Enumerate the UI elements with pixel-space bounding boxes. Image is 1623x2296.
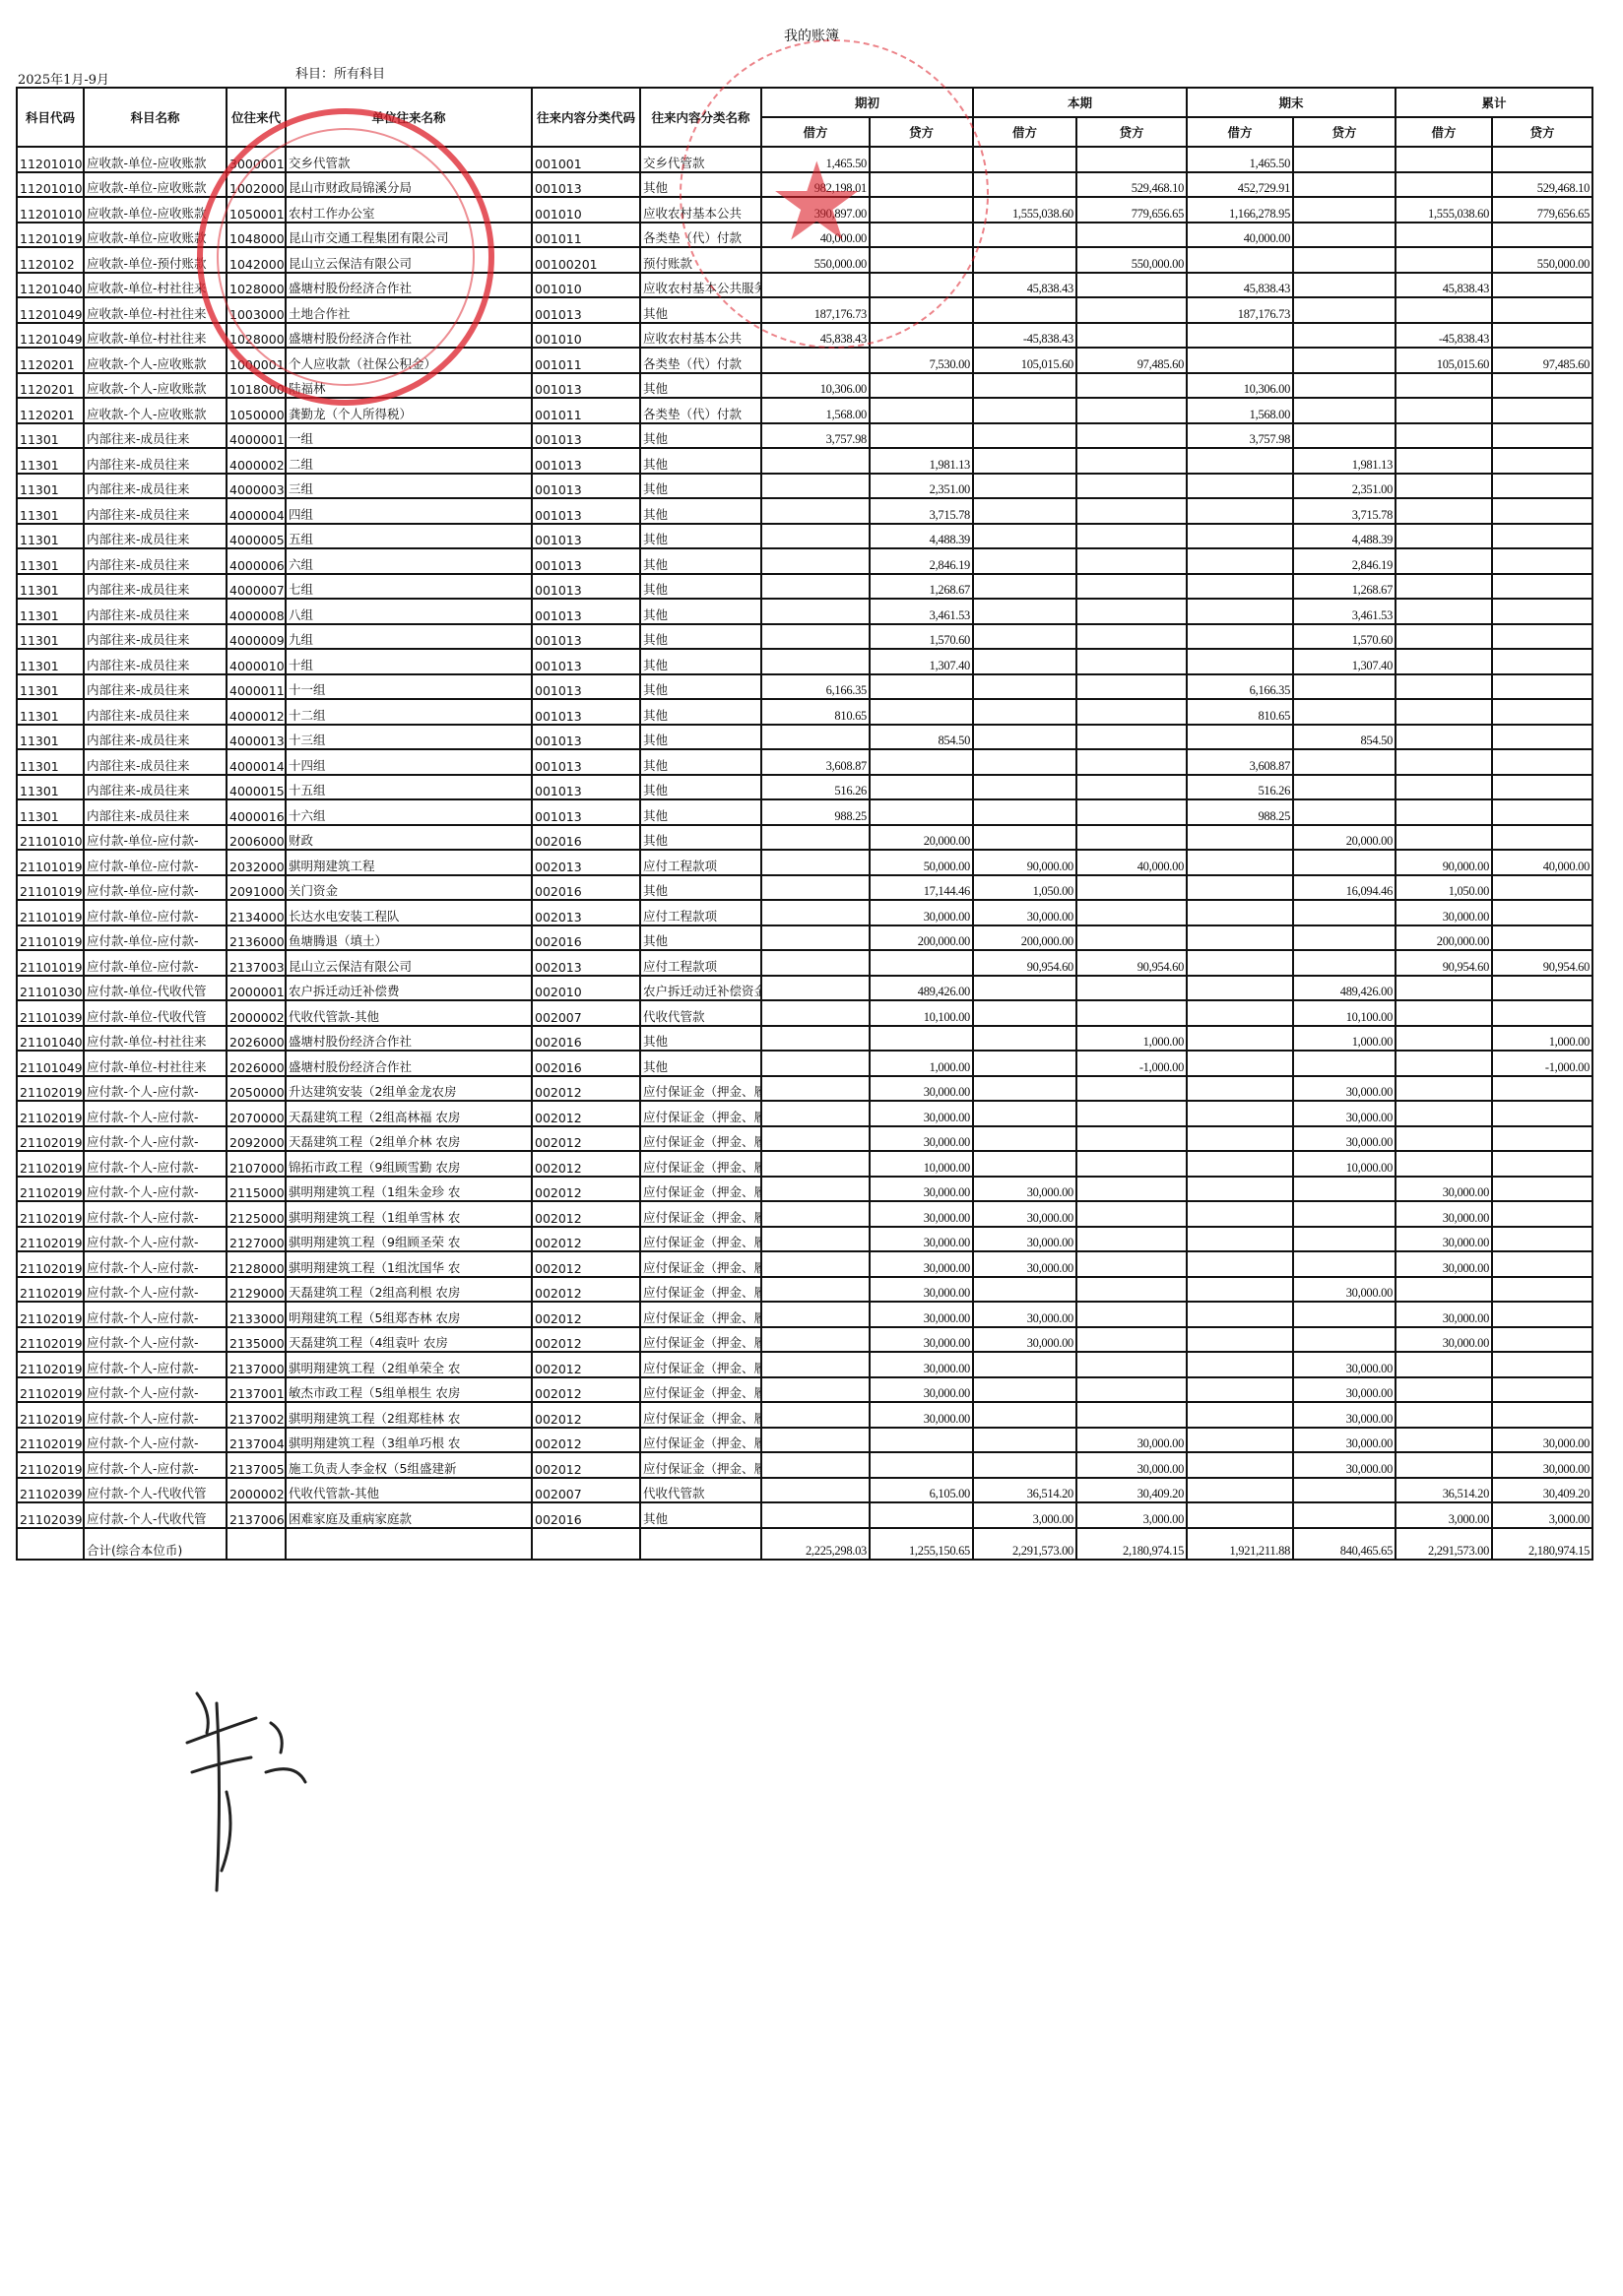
cell-subject-name: 应付款-个人-应付款- (84, 1101, 227, 1126)
cell-opening-debit (761, 1327, 870, 1353)
cell-current-debit (973, 825, 1076, 851)
cell-opening-debit (761, 1478, 870, 1503)
cell-subject-code: 11301 (17, 548, 84, 574)
cell-opening-debit (761, 925, 870, 951)
cell-content-name: 应付保证金（押金、履约金）等 (640, 1126, 761, 1152)
cell-opening-credit (870, 699, 973, 725)
header-debit: 借方 (973, 117, 1076, 147)
cell-subject-name: 内部往来-成员往来 (84, 474, 227, 499)
cell-content-name: 应付保证金（押金、履约金）等 (640, 1227, 761, 1252)
cell-current-credit (1076, 373, 1187, 399)
cell-unit-code: 1018000 (227, 373, 286, 399)
cell-subject-code: 11201010 (17, 147, 84, 172)
cell-content-name: 其他 (640, 448, 761, 474)
cell-opening-credit (870, 247, 973, 273)
cell-unit-code: 2070000 (227, 1101, 286, 1126)
cell-cumulative-credit: 90,954.60 (1492, 950, 1592, 976)
total-empty (286, 1528, 532, 1560)
cell-content-name: 其他 (640, 649, 761, 674)
cell-subject-code: 1120201 (17, 398, 84, 423)
cell-subject-name: 应付款-个人-应付款- (84, 1302, 227, 1327)
cell-subject-name: 应付款-单位-应付款- (84, 900, 227, 925)
table-row: 11301内部往来-成员往来4000001一组001013其他3,757.983… (17, 423, 1592, 449)
cell-current-credit (1076, 223, 1187, 248)
total-current-credit: 2,180,974.15 (1076, 1528, 1187, 1560)
cell-closing-credit: 30,000.00 (1293, 1101, 1396, 1126)
cell-unit-name: 代收代管款-其他 (286, 1478, 532, 1503)
cell-content-name: 其他 (640, 1502, 761, 1528)
cell-unit-name: 代收代管款-其他 (286, 1000, 532, 1026)
cell-opening-credit: 30,000.00 (870, 1352, 973, 1377)
header-credit: 贷方 (870, 117, 973, 147)
cell-unit-name: 明翔建筑工程（5组郑杏林 农房 (286, 1302, 532, 1327)
cell-subject-name: 应付款-单位-村社往来 (84, 1051, 227, 1076)
cell-current-debit: -45,838.43 (973, 323, 1076, 349)
cell-closing-credit (1293, 1201, 1396, 1227)
cell-content-name: 应付保证金（押金、履约金）等 (640, 1177, 761, 1202)
total-current-debit: 2,291,573.00 (973, 1528, 1076, 1560)
cell-content-name: 应收农村基本公共 (640, 197, 761, 223)
cell-current-debit (973, 1402, 1076, 1428)
cell-unit-code: 4000015 (227, 775, 286, 800)
cell-unit-name: 三组 (286, 474, 532, 499)
cell-closing-credit (1293, 223, 1396, 248)
cell-cumulative-debit (1396, 799, 1492, 825)
cell-opening-credit (870, 398, 973, 423)
cell-cumulative-debit (1396, 1277, 1492, 1303)
cell-cumulative-credit: 30,409.20 (1492, 1478, 1592, 1503)
cell-subject-name: 应付款-个人-应付款- (84, 1327, 227, 1353)
cell-content-code: 002012 (532, 1126, 640, 1152)
total-empty (640, 1528, 761, 1560)
cell-current-credit (1076, 699, 1187, 725)
cell-unit-code: 2137003 (227, 950, 286, 976)
cell-current-credit (1076, 1277, 1187, 1303)
cell-closing-debit: 3,608.87 (1187, 749, 1293, 775)
cell-current-debit (973, 1026, 1076, 1052)
cell-subject-name: 应付款-单位-应付款- (84, 925, 227, 951)
cell-opening-credit: 30,000.00 (870, 900, 973, 925)
cell-cumulative-credit (1492, 574, 1592, 600)
cell-opening-credit (870, 172, 973, 198)
cell-cumulative-credit (1492, 925, 1592, 951)
cell-opening-debit (761, 1151, 870, 1177)
cell-closing-credit: 2,846.19 (1293, 548, 1396, 574)
cell-subject-name: 应付款-个人-应付款- (84, 1151, 227, 1177)
cell-subject-code: 11301 (17, 448, 84, 474)
table-row: 11301内部往来-成员往来4000003三组001013其他2,351.002… (17, 474, 1592, 499)
cell-content-name: 其他 (640, 1026, 761, 1052)
cell-subject-name: 应付款-个人-应付款- (84, 1352, 227, 1377)
cell-unit-name: 天磊建筑工程（2组单介林 农房 (286, 1126, 532, 1152)
cell-cumulative-credit (1492, 398, 1592, 423)
table-row: 1120201应收款-个人-应收账款1000001个人应收款（社保公积金）001… (17, 348, 1592, 373)
cell-unit-name: 陆福林 (286, 373, 532, 399)
cell-cumulative-credit (1492, 297, 1592, 323)
cell-closing-debit (1187, 348, 1293, 373)
table-row: 11201049应收款-单位-村社往来1028000盛塘村股份经济合作社0010… (17, 323, 1592, 349)
cell-closing-debit: 45,838.43 (1187, 273, 1293, 298)
cell-current-credit (1076, 925, 1187, 951)
table-row: 11301内部往来-成员往来4000016十六组001013其他988.2598… (17, 799, 1592, 825)
cell-content-name: 其他 (640, 875, 761, 901)
cell-closing-credit (1293, 1051, 1396, 1076)
cell-content-code: 001013 (532, 448, 640, 474)
header-opening: 期初 (761, 88, 973, 117)
cell-content-code: 001010 (532, 273, 640, 298)
cell-closing-debit (1187, 1377, 1293, 1403)
cell-subject-code: 21102019 (17, 1126, 84, 1152)
total-closing-debit: 1,921,211.88 (1187, 1528, 1293, 1560)
table-row: 11301内部往来-成员往来4000008八组001013其他3,461.533… (17, 599, 1592, 624)
cell-content-code: 002012 (532, 1352, 640, 1377)
table-row: 21102019应付款-个人-应付款-2128000骐明翔建筑工程（1组沈国华 … (17, 1251, 1592, 1277)
cell-cumulative-debit (1396, 423, 1492, 449)
table-row: 21101049应付款-单位-村社往来2026000盛塘村股份经济合作社0020… (17, 1051, 1592, 1076)
cell-content-code: 001013 (532, 775, 640, 800)
cell-closing-credit: 30,000.00 (1293, 1377, 1396, 1403)
cell-cumulative-credit (1492, 1327, 1592, 1353)
cell-cumulative-credit (1492, 599, 1592, 624)
table-row: 21102019应付款-个人-应付款-2070000天磊建筑工程（2组高林福 农… (17, 1101, 1592, 1126)
cell-subject-name: 应付款-个人-应付款- (84, 1402, 227, 1428)
header-subject-name: 科目名称 (84, 88, 227, 147)
cell-opening-debit (761, 1101, 870, 1126)
cell-cumulative-credit (1492, 825, 1592, 851)
header-subject-code: 科目代码 (17, 88, 84, 147)
cell-current-credit (1076, 1000, 1187, 1026)
cell-current-debit (973, 448, 1076, 474)
cell-cumulative-debit: 90,000.00 (1396, 850, 1492, 875)
cell-subject-name: 应付款-单位-应付款- (84, 825, 227, 851)
cell-unit-code: 4000004 (227, 498, 286, 524)
cell-subject-name: 应付款-个人-代收代管 (84, 1478, 227, 1503)
cell-opening-debit: 187,176.73 (761, 297, 870, 323)
cell-subject-code: 21102019 (17, 1277, 84, 1303)
cell-opening-debit: 1,568.00 (761, 398, 870, 423)
cell-cumulative-debit: 45,838.43 (1396, 273, 1492, 298)
cell-opening-debit (761, 1428, 870, 1453)
cell-unit-code: 4000005 (227, 524, 286, 549)
cell-closing-debit (1187, 1502, 1293, 1528)
cell-cumulative-credit (1492, 147, 1592, 172)
cell-opening-credit (870, 273, 973, 298)
cell-unit-code: 2050000 (227, 1076, 286, 1102)
cell-unit-name: 升达建筑安装（2组单金龙农房 (286, 1076, 532, 1102)
cell-opening-debit (761, 1502, 870, 1528)
cell-cumulative-debit (1396, 247, 1492, 273)
cell-unit-code: 1000001 (227, 348, 286, 373)
cell-current-debit (973, 524, 1076, 549)
cell-current-credit: 1,000.00 (1076, 1026, 1187, 1052)
cell-closing-debit: 452,729.91 (1187, 172, 1293, 198)
cell-current-debit: 200,000.00 (973, 925, 1076, 951)
cell-opening-credit (870, 749, 973, 775)
cell-closing-debit (1187, 624, 1293, 650)
cell-subject-code: 11201040 (17, 273, 84, 298)
cell-content-name: 应付保证金（押金、履约金）等 (640, 1151, 761, 1177)
cell-current-debit (973, 498, 1076, 524)
cell-opening-debit: 390,897.00 (761, 197, 870, 223)
cell-unit-name: 五组 (286, 524, 532, 549)
table-row: 21102019应付款-个人-应付款-2135000天磊建筑工程（4组袁叶 农房… (17, 1327, 1592, 1353)
cell-opening-credit: 17,144.46 (870, 875, 973, 901)
cell-content-name: 其他 (640, 548, 761, 574)
total-empty (227, 1528, 286, 1560)
cell-subject-name: 应付款-单位-代收代管 (84, 976, 227, 1001)
cell-subject-code: 21101019 (17, 900, 84, 925)
cell-current-credit (1076, 423, 1187, 449)
cell-subject-code: 21101019 (17, 925, 84, 951)
cell-content-name: 应付保证金（押金、履约金）等 (640, 1076, 761, 1102)
cell-current-debit (973, 599, 1076, 624)
cell-subject-name: 应付款-个人-应付款- (84, 1251, 227, 1277)
cell-current-credit (1076, 749, 1187, 775)
cell-unit-name: 敏杰市政工程（5组单根生 农房 (286, 1377, 532, 1403)
cell-subject-name: 应付款-个人-应付款- (84, 1452, 227, 1478)
cell-opening-credit (870, 373, 973, 399)
cell-current-debit (973, 1352, 1076, 1377)
cell-closing-credit: 30,000.00 (1293, 1402, 1396, 1428)
cell-opening-debit: 3,757.98 (761, 423, 870, 449)
cell-subject-name: 应付款-个人-应付款- (84, 1126, 227, 1152)
cell-cumulative-debit (1396, 1101, 1492, 1126)
table-row: 11301内部往来-成员往来4000006六组001013其他2,846.192… (17, 548, 1592, 574)
cell-subject-name: 内部往来-成员往来 (84, 548, 227, 574)
cell-cumulative-credit: 30,000.00 (1492, 1428, 1592, 1453)
cell-cumulative-credit: 30,000.00 (1492, 1452, 1592, 1478)
cell-closing-credit: 1,000.00 (1293, 1026, 1396, 1052)
cell-cumulative-credit (1492, 900, 1592, 925)
cell-unit-name: 骐明翔建筑工程（9组顾圣荣 农 (286, 1227, 532, 1252)
cell-cumulative-debit (1396, 474, 1492, 499)
cell-closing-credit (1293, 1502, 1396, 1528)
cell-current-credit (1076, 599, 1187, 624)
cell-current-credit (1076, 448, 1187, 474)
cell-unit-code: 1002000 (227, 172, 286, 198)
cell-opening-debit (761, 850, 870, 875)
cell-current-debit: 30,000.00 (973, 1302, 1076, 1327)
table-row: 11301内部往来-成员往来4000005五组001013其他4,488.394… (17, 524, 1592, 549)
cell-unit-name: 四组 (286, 498, 532, 524)
cell-cumulative-debit: 1,050.00 (1396, 875, 1492, 901)
cell-closing-credit: 3,461.53 (1293, 599, 1396, 624)
cell-content-name: 农户拆迁动迁补偿资金 (640, 976, 761, 1001)
cell-subject-name: 应收款-单位-应收账款 (84, 147, 227, 172)
table-row: 11301内部往来-成员往来4000004四组001013其他3,715.783… (17, 498, 1592, 524)
cell-cumulative-credit (1492, 223, 1592, 248)
cell-subject-code: 11301 (17, 749, 84, 775)
cell-cumulative-credit: 97,485.60 (1492, 348, 1592, 373)
cell-unit-code: 4000009 (227, 624, 286, 650)
cell-opening-debit (761, 448, 870, 474)
cell-current-credit (1076, 1101, 1187, 1126)
cell-cumulative-debit (1396, 1076, 1492, 1102)
cell-cumulative-debit: 30,000.00 (1396, 1177, 1492, 1202)
cell-current-credit (1076, 498, 1187, 524)
cell-current-credit: 40,000.00 (1076, 850, 1187, 875)
cell-current-credit (1076, 775, 1187, 800)
cell-cumulative-credit: 779,656.65 (1492, 197, 1592, 223)
cell-opening-credit (870, 1452, 973, 1478)
cell-closing-debit (1187, 323, 1293, 349)
cell-content-name: 其他 (640, 297, 761, 323)
cell-opening-credit: 30,000.00 (870, 1101, 973, 1126)
cell-unit-name: 十四组 (286, 749, 532, 775)
cell-closing-credit: 489,426.00 (1293, 976, 1396, 1001)
cell-current-credit (1076, 574, 1187, 600)
cell-cumulative-credit (1492, 1076, 1592, 1102)
cell-subject-code: 21101019 (17, 875, 84, 901)
cell-current-debit: 30,000.00 (973, 900, 1076, 925)
table-row: 21102019应付款-个人-应付款-2050000升达建筑安装（2组单金龙农房… (17, 1076, 1592, 1102)
cell-cumulative-credit (1492, 448, 1592, 474)
table-row: 11201010应收款-单位-应收账款1050001农村工作办公室001010应… (17, 197, 1592, 223)
cell-closing-debit: 988.25 (1187, 799, 1293, 825)
cell-unit-code: 4000014 (227, 749, 286, 775)
cell-content-name: 应付保证金（押金、履约金）等 (640, 1428, 761, 1453)
cell-subject-code: 21101019 (17, 950, 84, 976)
cell-cumulative-credit (1492, 775, 1592, 800)
cell-current-credit: 3,000.00 (1076, 1502, 1187, 1528)
ledger-body: 11201010应收款-单位-应收账款3000001交乡代管款001001交乡代… (17, 147, 1592, 1528)
cell-unit-name: 八组 (286, 599, 532, 624)
cell-opening-credit: 3,715.78 (870, 498, 973, 524)
cell-content-code: 001013 (532, 297, 640, 323)
cell-opening-credit (870, 1428, 973, 1453)
cell-unit-name: 骐明翔建筑工程（1组单雪林 农 (286, 1201, 532, 1227)
cell-unit-code: 1028000 (227, 273, 286, 298)
cell-unit-code: 1003000 (227, 297, 286, 323)
cell-content-code: 002016 (532, 825, 640, 851)
cell-subject-name: 应收款-单位-预付账款 (84, 247, 227, 273)
cell-current-debit (973, 1126, 1076, 1152)
cell-closing-debit (1187, 498, 1293, 524)
cell-opening-credit: 6,105.00 (870, 1478, 973, 1503)
cell-subject-name: 内部往来-成员往来 (84, 749, 227, 775)
cell-current-debit (973, 775, 1076, 800)
cell-unit-code: 2128000 (227, 1251, 286, 1277)
cell-subject-code: 11301 (17, 725, 84, 750)
cell-subject-name: 内部往来-成员往来 (84, 699, 227, 725)
cell-unit-code: 4000013 (227, 725, 286, 750)
cell-unit-name: 骐明翔建筑工程（2组单荣全 农 (286, 1352, 532, 1377)
total-closing-credit: 840,465.65 (1293, 1528, 1396, 1560)
cell-unit-code: 2135000 (227, 1327, 286, 1353)
cell-opening-credit (870, 323, 973, 349)
cell-opening-credit: 10,100.00 (870, 1000, 973, 1026)
cell-current-debit (973, 624, 1076, 650)
cell-cumulative-credit: 550,000.00 (1492, 247, 1592, 273)
cell-cumulative-debit: 30,000.00 (1396, 1251, 1492, 1277)
cell-subject-code: 21102019 (17, 1377, 84, 1403)
cell-opening-debit (761, 348, 870, 373)
cell-cumulative-credit (1492, 1251, 1592, 1277)
cell-content-code: 001013 (532, 423, 640, 449)
cell-content-code: 002012 (532, 1327, 640, 1353)
cell-current-credit (1076, 1377, 1187, 1403)
cell-content-code: 001011 (532, 348, 640, 373)
cell-cumulative-debit (1396, 699, 1492, 725)
cell-opening-debit (761, 725, 870, 750)
cell-closing-credit (1293, 799, 1396, 825)
cell-current-debit (973, 223, 1076, 248)
cell-opening-credit: 3,461.53 (870, 599, 973, 624)
cell-closing-debit (1187, 599, 1293, 624)
cell-current-credit (1076, 1302, 1187, 1327)
cell-unit-name: 农户拆迁动迁补偿费 (286, 976, 532, 1001)
cell-current-credit (1076, 725, 1187, 750)
cell-closing-credit: 30,000.00 (1293, 1277, 1396, 1303)
cell-unit-name: 骐明翔建筑工程 (286, 850, 532, 875)
cell-unit-code: 2137006 (227, 1502, 286, 1528)
cell-subject-code: 21102019 (17, 1227, 84, 1252)
cell-subject-name: 内部往来-成员往来 (84, 624, 227, 650)
cell-unit-name: 昆山立云保洁有限公司 (286, 247, 532, 273)
cell-current-credit (1076, 674, 1187, 700)
cell-subject-code: 21102039 (17, 1502, 84, 1528)
cell-unit-name: 九组 (286, 624, 532, 650)
cell-content-name: 应付保证金（押金、履约金）等 (640, 1201, 761, 1227)
cell-closing-debit (1187, 1177, 1293, 1202)
cell-unit-name: 盛塘村股份经济合作社 (286, 323, 532, 349)
cell-opening-credit: 2,351.00 (870, 474, 973, 499)
cell-content-name: 各类垫（代）付款 (640, 223, 761, 248)
cell-subject-name: 内部往来-成员往来 (84, 448, 227, 474)
cell-cumulative-debit (1396, 398, 1492, 423)
cell-cumulative-credit (1492, 373, 1592, 399)
cell-cumulative-credit (1492, 273, 1592, 298)
cell-current-credit (1076, 1227, 1187, 1252)
cell-unit-name: 龚勤龙（个人所得税） (286, 398, 532, 423)
cell-content-name: 其他 (640, 524, 761, 549)
cell-cumulative-debit (1396, 749, 1492, 775)
cell-content-code: 002012 (532, 1428, 640, 1453)
table-row: 11301内部往来-成员往来4000013十三组001013其他854.5085… (17, 725, 1592, 750)
cell-content-code: 001013 (532, 725, 640, 750)
header-content-code: 往来内容分类代码 (532, 88, 640, 147)
cell-subject-code: 11201049 (17, 323, 84, 349)
cell-closing-credit (1293, 348, 1396, 373)
cell-current-credit (1076, 976, 1187, 1001)
header-debit: 借方 (761, 117, 870, 147)
cell-closing-credit (1293, 850, 1396, 875)
cell-subject-code: 1120102 (17, 247, 84, 273)
cell-closing-credit: 4,488.39 (1293, 524, 1396, 549)
total-row: 合计(综合本位币) 2,225,298.03 1,255,150.65 2,29… (17, 1528, 1592, 1560)
cell-cumulative-credit: 3,000.00 (1492, 1502, 1592, 1528)
cell-opening-credit: 1,570.60 (870, 624, 973, 650)
cell-subject-name: 应付款-个人-应付款- (84, 1076, 227, 1102)
cell-opening-debit (761, 1000, 870, 1026)
cell-subject-code: 21102019 (17, 1201, 84, 1227)
cell-closing-credit (1293, 775, 1396, 800)
cell-closing-credit (1293, 749, 1396, 775)
cell-unit-code: 2125000 (227, 1201, 286, 1227)
cell-subject-name: 内部往来-成员往来 (84, 524, 227, 549)
cell-content-code: 002012 (532, 1251, 640, 1277)
cell-closing-credit: 1,268.67 (1293, 574, 1396, 600)
cell-closing-debit (1187, 925, 1293, 951)
cell-subject-name: 内部往来-成员往来 (84, 649, 227, 674)
cell-content-code: 002016 (532, 875, 640, 901)
cell-opening-debit (761, 875, 870, 901)
cell-subject-code: 21102019 (17, 1251, 84, 1277)
cell-content-name: 其他 (640, 825, 761, 851)
cell-opening-debit (761, 1402, 870, 1428)
cell-cumulative-credit (1492, 474, 1592, 499)
cell-subject-name: 应收款-单位-村社往来 (84, 273, 227, 298)
